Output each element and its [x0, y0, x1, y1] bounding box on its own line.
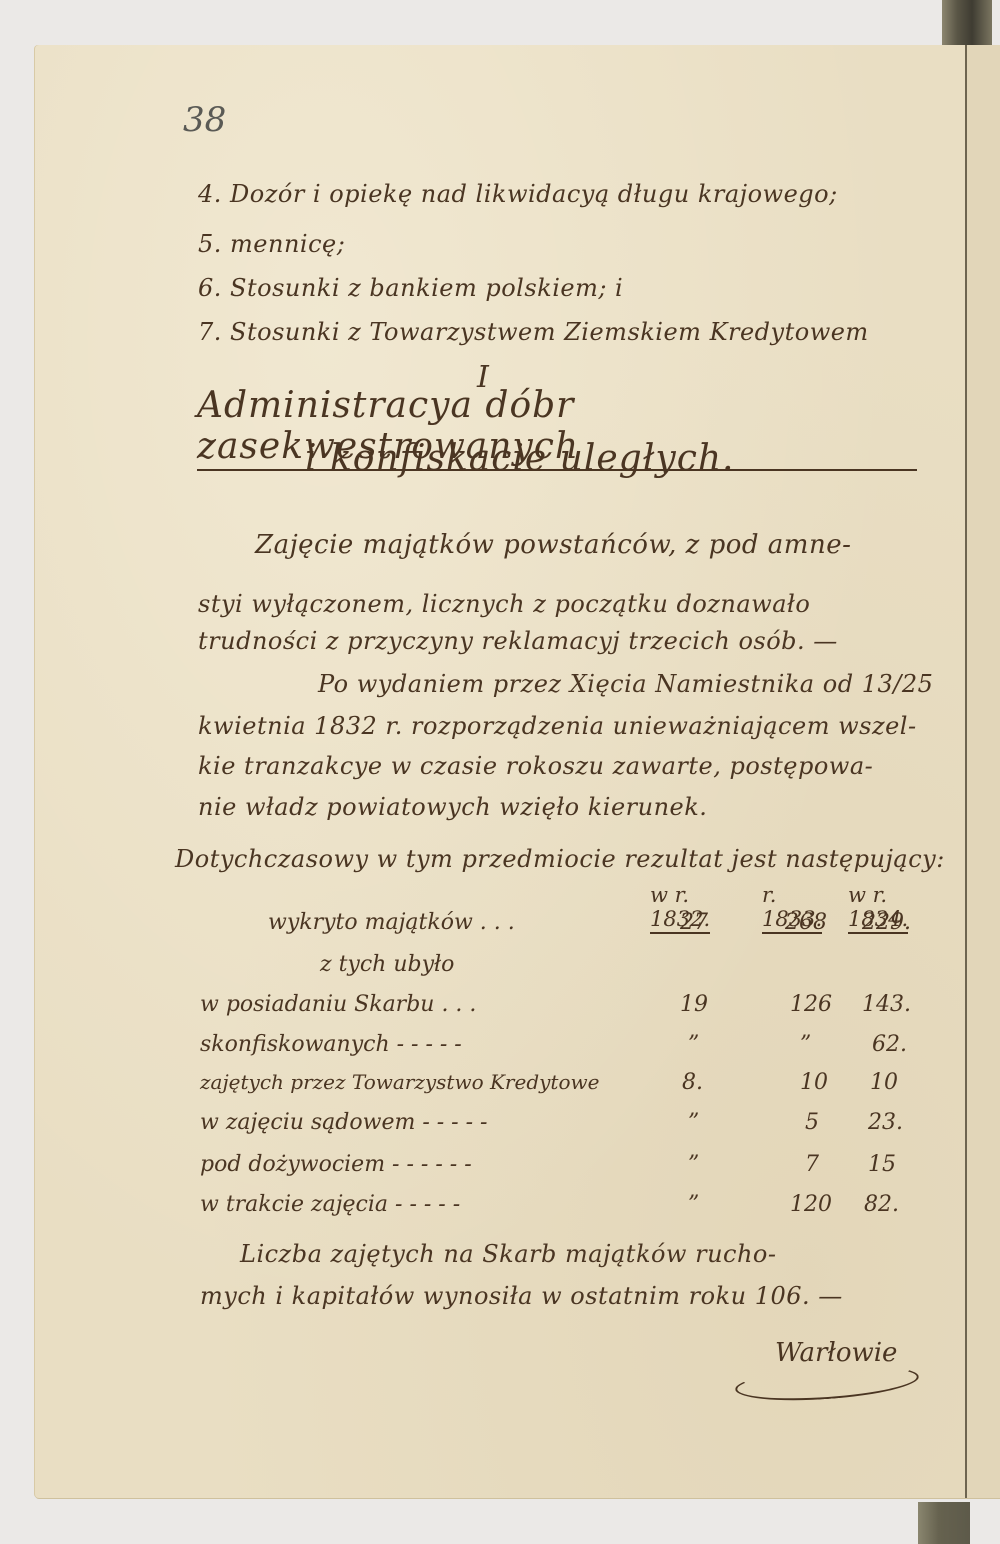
folio-number: 38 [183, 100, 226, 140]
table-cell: 8. [682, 1070, 703, 1095]
table-cell: 82. [864, 1192, 899, 1217]
table-cell: 5 [805, 1110, 819, 1135]
list-item: 6. Stosunki z bankiem polskiem; i [198, 274, 623, 302]
table-cell: 268 [785, 910, 827, 935]
paragraph-line: Liczba zajętych na Skarb majątków rucho- [240, 1240, 777, 1268]
table-cell: 10 [870, 1070, 898, 1095]
list-item: 5. mennicę; [198, 230, 345, 258]
table-cell: 15 [868, 1152, 896, 1177]
paragraph-line: Po wydaniem przez Xięcia Namiestnika od … [318, 670, 933, 698]
binding-clip-top [942, 0, 992, 45]
table-cell: ” [688, 1032, 699, 1057]
paragraph-line: kwietnia 1832 r. rozporządzenia unieważn… [198, 712, 917, 740]
paragraph-line: Zajęcie majątków powstańców, z pod amne- [255, 530, 851, 560]
table-cell: 7 [805, 1152, 819, 1177]
table-row-label: wykryto majątków . . . [268, 910, 515, 935]
table-cell: ” [688, 1152, 699, 1177]
table-cell: ” [688, 1110, 699, 1135]
list-item: 4. Dozór i opiekę nad likwidacyą długu k… [198, 180, 838, 208]
list-item: 7. Stosunki z Towarzystwem Ziemskiem Kre… [198, 318, 869, 346]
table-cell: 229. [862, 910, 911, 935]
paragraph-line: Dotychczasowy w tym przedmiocie rezultat… [175, 845, 945, 873]
table-cell: 10 [800, 1070, 828, 1095]
section-subtitle: i konfiskacie uległych. [305, 438, 735, 479]
table-cell: 62. [872, 1032, 907, 1057]
paragraph-line: mych i kapitałów wynosiła w ostatnim rok… [200, 1282, 843, 1310]
table-cell: 23. [868, 1110, 903, 1135]
paragraph-line: trudności z przyczyny reklamacyj trzecic… [198, 627, 838, 655]
table-cell: ” [800, 1032, 811, 1057]
table-row-label: z tych ubyło [320, 952, 454, 977]
paragraph-line: nie władz powiatowych wzięło kierunek. [198, 793, 707, 821]
facing-page-edge [967, 45, 1000, 1498]
table-row-label: skonfiskowanych - - - - - [200, 1032, 462, 1057]
binding-clip-bottom [918, 1502, 970, 1544]
paragraph-line: styi wyłączonem, licznych z początku doz… [198, 590, 810, 618]
table-cell: 143. [862, 992, 911, 1017]
table-cell: 126 [790, 992, 832, 1017]
table-cell: 27 [680, 910, 708, 935]
paragraph-line: kie tranzakcye w czasie rokoszu zawarte,… [198, 752, 873, 780]
table-cell: 19 [680, 992, 708, 1017]
table-row-label: pod dożywociem - - - - - - [200, 1152, 472, 1177]
table-cell: ” [688, 1192, 699, 1217]
table-row-label: w posiadaniu Skarbu . . . [200, 992, 476, 1017]
table-cell: 120 [790, 1192, 832, 1217]
table-row-label: w trakcie zajęcia - - - - - [200, 1192, 460, 1217]
signature: Warłowie [775, 1338, 897, 1368]
table-row-label: w zajęciu sądowem - - - - - [200, 1110, 487, 1135]
table-row-label: zajętych przez Towarzystwo Kredytowe [200, 1070, 599, 1094]
